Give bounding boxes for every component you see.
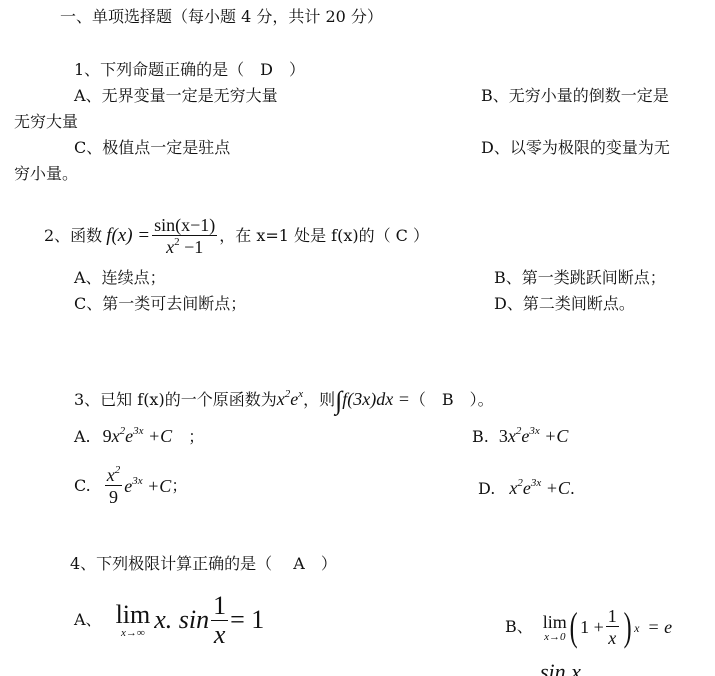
cutoff-formula: sin x [540,662,581,676]
option-label: B、 [481,86,509,105]
option-text: 无界变量一定是无穷大量 [102,86,278,105]
antiderivative: x2ex [277,389,303,409]
option-text: 极值点一定是驻点 [102,138,230,157]
q3-option-a: A.9x2e3x +C ； [74,424,204,449]
q4-option-b: B、 lim x→0 ( 1 + 1 x ) x = e [505,596,672,658]
q2-option-b: B、第一类跳跃间断点； [494,268,666,288]
q3-option-b: B.3x2e3x +C [472,424,568,449]
q2-option-c: C、第一类可去间断点； [74,294,246,314]
integrand: f(3x)dx = [342,389,410,409]
q1-option-d: D、以零为极限的变量为无 [481,138,670,158]
q3-option-c: C. x2 9 e3x +C； [74,462,187,510]
option-label: C、 [74,138,102,157]
q2-option-a: A、连续点； [74,268,166,288]
fraction-numerator: sin(x−1) [152,215,217,236]
q2-option-d: D、第二类间断点。 [494,294,635,314]
stem-suffix: ，在 x=1 处是 f(x)的（ C ） [219,212,429,260]
fraction: x2 9 [105,465,123,508]
option-text: 无穷小量的倒数一定是 [509,86,669,105]
formula-lhs: f(x) = [106,212,150,260]
q3-option-d: D.x2e3x +C. [478,476,575,501]
option-label: D、 [481,138,510,157]
option-label: A、 [74,86,102,105]
q1-option-a: A、无界变量一定是无穷大量 [74,86,278,106]
q1-option-b-wrap: 无穷大量 [14,112,78,132]
question-1-stem: 1、下列命题正确的是（ D ） [74,60,305,80]
q1-option-c: C、极值点一定是驻点 [74,138,230,158]
question-4-stem: 4、下列极限计算正确的是（ A ） [70,554,337,574]
stem-prefix: 2、函数 [44,212,102,260]
section-title: 一、单项选择题（每小题 4 分，共计 20 分） [60,7,383,27]
option-text: 以零为极限的变量为无 [510,138,670,157]
limit-operator: lim x→0 [543,612,567,643]
q1-option-b: B、无穷小量的倒数一定是 [481,86,669,106]
q4-option-a: A、 lim x→∞ x. sin 1 x = 1 [74,590,264,650]
fraction-denominator: x2 −1 [164,236,205,258]
q1-option-d-wrap: 穷小量。 [14,164,78,184]
formula-fraction: sin(x−1) x2 −1 [152,215,217,258]
question-3-stem: 3、已知 f(x)的一个原函数为x2ex，则∫f(3x)dx =（ B ）。 [74,386,494,414]
question-2-stem: 2、函数 f(x) = sin(x−1) x2 −1 ，在 x=1 处是 f(x… [44,212,429,260]
limit-operator: lim x→∞ [116,602,151,639]
